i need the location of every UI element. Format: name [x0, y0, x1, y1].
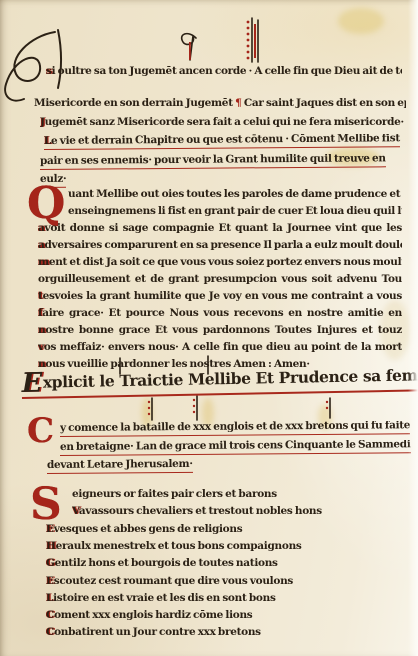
verse-line: Vavassours chevaliers et trestout nobles…	[72, 504, 382, 519]
rubric-text: devant Letare Jherusalem·	[47, 458, 193, 474]
explicit-text: xplicit le Traictie Mellibe Et Prudence …	[43, 365, 418, 392]
text-line: avoit donne si sage compagnie Et quant l…	[38, 221, 402, 236]
drop-cap-c: C	[27, 414, 54, 448]
battle-rubric-line: devant Letare Jherusalem·	[47, 458, 267, 474]
text-line: vos meffaiz· envers nous· A celle fin qu…	[38, 340, 402, 355]
verse-line: Coment xxx englois hardiz cōme lions	[46, 608, 346, 623]
text-line: adversaires comparurent en sa presence I…	[38, 238, 402, 253]
chapter-rubric-line: pair en ses ennemis· pour veoir la Grant…	[40, 154, 408, 170]
text-line: ment et dist Ja soit ce que vous vous so…	[38, 255, 402, 270]
verse-line: Conbatirent un Jour contre xxx bretons	[46, 625, 346, 640]
verse-line: Escoutez cest roumant que dire vous voul…	[46, 574, 366, 589]
text-line: tesvoies la grant humilite que Je voy en…	[38, 289, 402, 304]
text-segment: Car saint Jaques dist en son epistre	[244, 97, 406, 109]
verse-line: eigneurs or faites pair clers et barons	[72, 487, 372, 502]
verse-line: Heraulx menestrelx et tous bons compaign…	[46, 539, 366, 554]
text-line: uant Mellibe out oies toutes les paroles…	[68, 187, 402, 202]
text-line: faire grace· Et pource Nous vous recevon…	[38, 306, 402, 321]
explicit-line: Explicit le Traictie Mellibe Et Prudence…	[22, 370, 418, 399]
text-line: Jugemēt sanz Misericorde sera fait a cel…	[40, 115, 406, 130]
stain	[338, 8, 384, 34]
manuscript-page: si oultre sa ton Jugemēt ancen corde · A…	[0, 0, 418, 656]
verse-line: Evesques et abbes gens de religions	[46, 522, 346, 537]
paraph-mark: ¶	[235, 97, 241, 109]
text-line: si oultre sa ton Jugemēt ancen corde · A…	[46, 64, 402, 79]
page-edge	[408, 0, 418, 656]
rubric-text: y comence la bataille de xxx englois et …	[60, 421, 410, 437]
battle-rubric-line: y comence la bataille de xxx englois et …	[60, 421, 412, 437]
verse-line: Listoire en est vraie et les dis en sont…	[46, 591, 366, 606]
text-line: nostre bonne grace Et vous pardonnons To…	[38, 323, 402, 338]
cadel-initial-e: E	[21, 368, 42, 399]
drop-cap-q: Q	[27, 182, 65, 226]
rubric-text: Le vie et derrain Chapitre ou que est cō…	[44, 134, 400, 150]
battle-rubric-line: en bretaigne· Lan de grace mil trois cen…	[60, 440, 412, 456]
rubric-text: pair en ses ennemis· pour veoir la Grant…	[40, 154, 386, 170]
text-line: Misericorde en son derrain Jugemēt ¶ Car…	[34, 96, 406, 111]
text-segment: Misericorde en son derrain Jugemēt	[34, 97, 233, 109]
chapter-rubric-line: Le vie et derrain Chapitre ou que est cō…	[44, 134, 412, 150]
drop-cap-s: S	[30, 483, 62, 527]
text-line: enseingnemens li fist en grant pair de c…	[68, 204, 402, 219]
rubric-text: en bretaigne· Lan de grace mil trois cen…	[60, 440, 411, 456]
text-line: orguilleusement et de grant presumpcion …	[38, 272, 402, 287]
verse-line: Gentilz hons et bourgois de toutes natio…	[46, 556, 366, 571]
